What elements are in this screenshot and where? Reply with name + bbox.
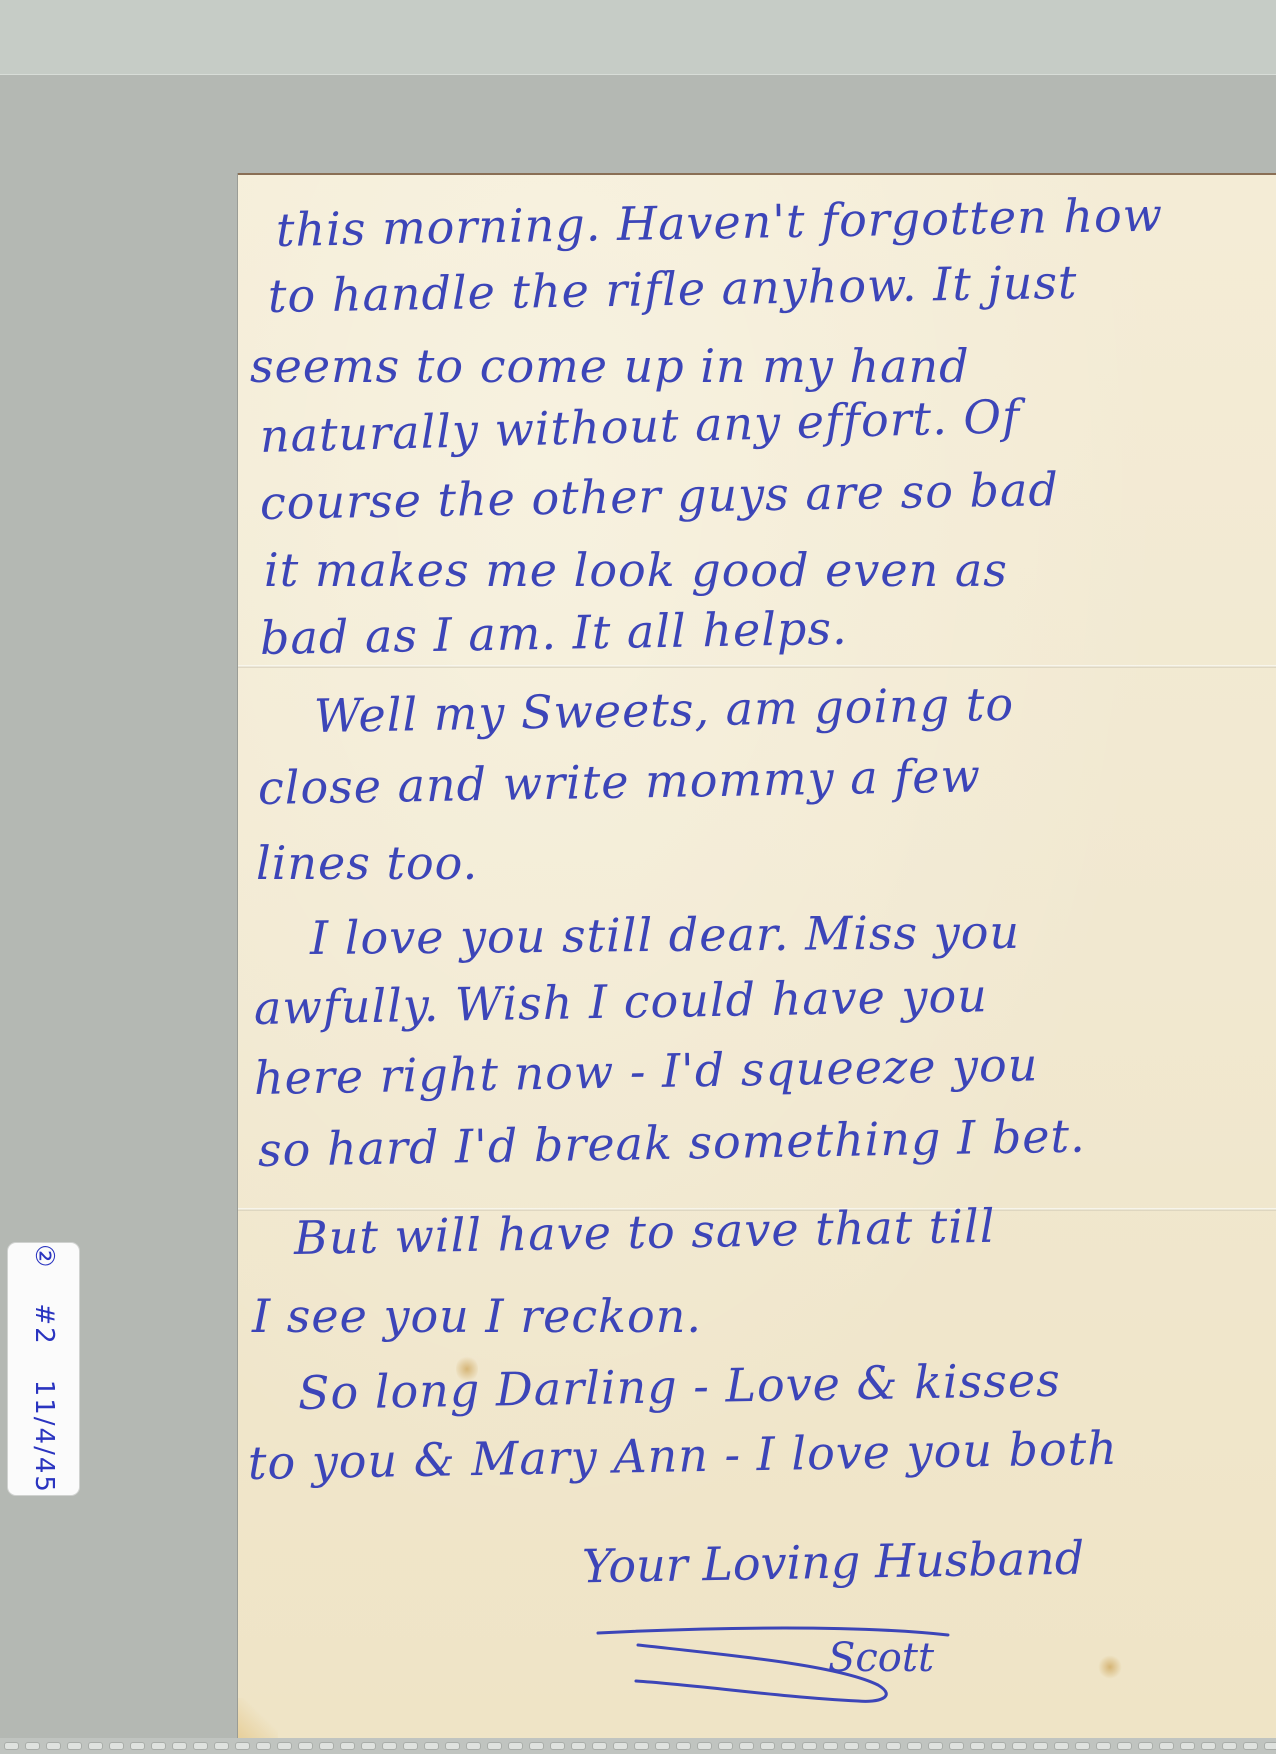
letter-line: But will have to save that till <box>294 1203 996 1261</box>
archive-label-text: ② #2 11/4/45 <box>29 1244 59 1494</box>
archive-label-mark: ② <box>29 1244 59 1269</box>
letter-line: I see you I reckon. <box>252 1293 702 1339</box>
signature-flourish-icon <box>578 1625 998 1735</box>
scanner-edge-strip <box>0 1738 1276 1754</box>
letter-line: it makes me look good even as <box>264 547 1008 593</box>
letter-line: here right now - I'd squeeze you <box>254 1041 1039 1101</box>
letter-line: to handle the rifle anyhow. It just <box>268 259 1078 319</box>
letter-page: this morning. Haven't forgotten how to h… <box>238 173 1276 1738</box>
letter-line: lines too. <box>256 840 478 886</box>
paper-stain <box>1098 1655 1122 1679</box>
letter-line: close and write mommy a few <box>258 752 982 811</box>
letter-line: this morning. Haven't forgotten how <box>276 192 1164 253</box>
letter-line: awfully. Wish I could have you <box>254 972 989 1031</box>
archive-label-number: #2 <box>29 1303 59 1345</box>
letter-line: bad as I am. It all helps. <box>260 605 848 661</box>
archive-label-date: 11/4/45 <box>29 1380 59 1494</box>
letter-line: naturally without any effort. Of <box>259 393 1020 459</box>
scanner-lid-band <box>0 0 1276 75</box>
archive-label: ② #2 11/4/45 <box>8 1243 79 1495</box>
letter-signature: Scott <box>828 1635 934 1681</box>
letter-line: Well my Sweets, am going to <box>314 681 1015 739</box>
paper-fold-line <box>238 665 1276 668</box>
signature-block: Your Loving Husband Scott <box>578 1535 998 1735</box>
letter-line: So long Darling - Love & kisses <box>298 1357 1061 1416</box>
letter-closing: Your Loving Husband <box>582 1531 1085 1594</box>
letter-line: I love you still dear. Miss you <box>310 909 1020 961</box>
letter-line: so hard I'd break something I bet. <box>258 1113 1086 1173</box>
letter-line: course the other guys are so bad <box>260 466 1060 526</box>
letter-line: to you & Mary Ann - I love you both <box>248 1425 1119 1486</box>
paper-corner-crease <box>238 1698 278 1738</box>
letter-line: seems to come up in my hand <box>250 343 970 389</box>
